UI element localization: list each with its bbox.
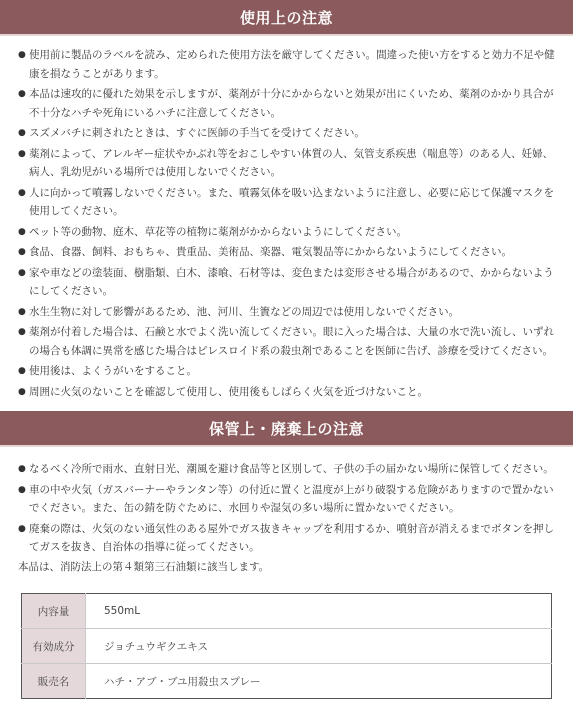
list-item: ●ペット等の動物、庭木、草花等の植物に薬剤がかからないようにしてください。 xyxy=(18,223,558,242)
list-item: ●水生生物に対して影響があるため、池、河川、生簀などの周辺では使用しないでくださ… xyxy=(18,303,558,322)
list-item: ●薬剤が付着した場合は、石鹸と水でよく洗い流してください。眼に入った場合は、大量… xyxy=(18,323,558,360)
usage-section-header: 使用上の注意 xyxy=(0,0,573,36)
bullet-icon: ● xyxy=(18,481,26,500)
bullet-icon: ● xyxy=(18,46,26,65)
list-item: ●車の中や火気（ガスバーナーやランタン等）の付近に置くと温度が上がり破裂する危険… xyxy=(18,481,558,518)
list-item: ●使用前に製品のラベルを読み、定められた使用方法を厳守してください。間違った使い… xyxy=(18,46,558,83)
bullet-icon: ● xyxy=(18,85,26,104)
bullet-icon: ● xyxy=(18,520,26,539)
spec-label-product-name: 販売名 xyxy=(22,664,86,699)
bullet-icon: ● xyxy=(18,145,26,164)
spec-value-product-name: ハチ・アブ・ブユ用殺虫スプレー xyxy=(86,664,552,699)
usage-section-title: 使用上の注意 xyxy=(240,7,333,28)
usage-precautions-list: ●使用前に製品のラベルを読み、定められた使用方法を厳守してください。間違った使い… xyxy=(18,46,558,403)
bullet-icon: ● xyxy=(18,264,26,283)
list-item: ●なるべく冷所で雨水、直射日光、潮風を避け食品等と区別して、子供の手の届かない場… xyxy=(18,460,558,479)
storage-section-title: 保管上・廃棄上の注意 xyxy=(209,418,364,439)
list-item: ●薬剤によって、アレルギー症状やかぶれ等をおこしやすい体質の人、気管支系疾患（喘… xyxy=(18,145,558,182)
bullet-icon: ● xyxy=(18,323,26,342)
bullet-icon: ● xyxy=(18,223,26,242)
storage-section-header: 保管上・廃棄上の注意 xyxy=(0,411,573,447)
bullet-icon: ● xyxy=(18,383,26,402)
list-item: ●本品は速攻的に優れた効果を示しますが、薬剤が十分にかからないと効果が出にくいた… xyxy=(18,85,558,122)
bullet-icon: ● xyxy=(18,362,26,381)
table-row: 販売名 ハチ・アブ・ブユ用殺虫スプレー xyxy=(22,664,552,699)
list-item: ●家や車などの塗装面、樹脂類、白木、漆喰、石材等は、変色または変形させる場合があ… xyxy=(18,264,558,301)
spec-label-ingredient: 有効成分 xyxy=(22,629,86,664)
bullet-icon: ● xyxy=(18,124,26,143)
spec-table: 内容量 550mL 有効成分 ジョチュウギクエキス 販売名 ハチ・アブ・ブユ用殺… xyxy=(21,593,552,699)
storage-precautions-list: ●なるべく冷所で雨水、直射日光、潮風を避け食品等と区別して、子供の手の届かない場… xyxy=(18,460,558,559)
list-item: ●廃棄の際は、火気のない通気性のある屋外でガス抜きキャップを利用するか、噴射音が… xyxy=(18,520,558,557)
bullet-icon: ● xyxy=(18,460,26,479)
list-item: ●使用後は、よくうがいをすること。 xyxy=(18,362,558,381)
list-item: ●スズメバチに刺されたときは、すぐに医師の手当てを受けてください。 xyxy=(18,124,558,143)
bullet-icon: ● xyxy=(18,243,26,262)
spec-label-volume: 内容量 xyxy=(22,594,86,629)
table-row: 有効成分 ジョチュウギクエキス xyxy=(22,629,552,664)
spec-value-ingredient: ジョチュウギクエキス xyxy=(86,629,552,664)
list-item: ●周囲に火気のないことを確認して使用し、使用後もしばらく火気を近づけないこと。 xyxy=(18,383,558,402)
list-item: ●人に向かって噴霧しないでください。また、噴霧気体を吸い込まないように注意し、必… xyxy=(18,184,558,221)
spec-value-volume: 550mL xyxy=(86,594,552,629)
bullet-icon: ● xyxy=(18,303,26,322)
table-row: 内容量 550mL xyxy=(22,594,552,629)
fire-law-note: 本品は、消防法上の第４類第三石油類に該当します。 xyxy=(18,559,269,574)
bullet-icon: ● xyxy=(18,184,26,203)
list-item: ●食品、食器、飼料、おもちゃ、貴重品、美術品、楽器、電気製品等にかからないように… xyxy=(18,243,558,262)
